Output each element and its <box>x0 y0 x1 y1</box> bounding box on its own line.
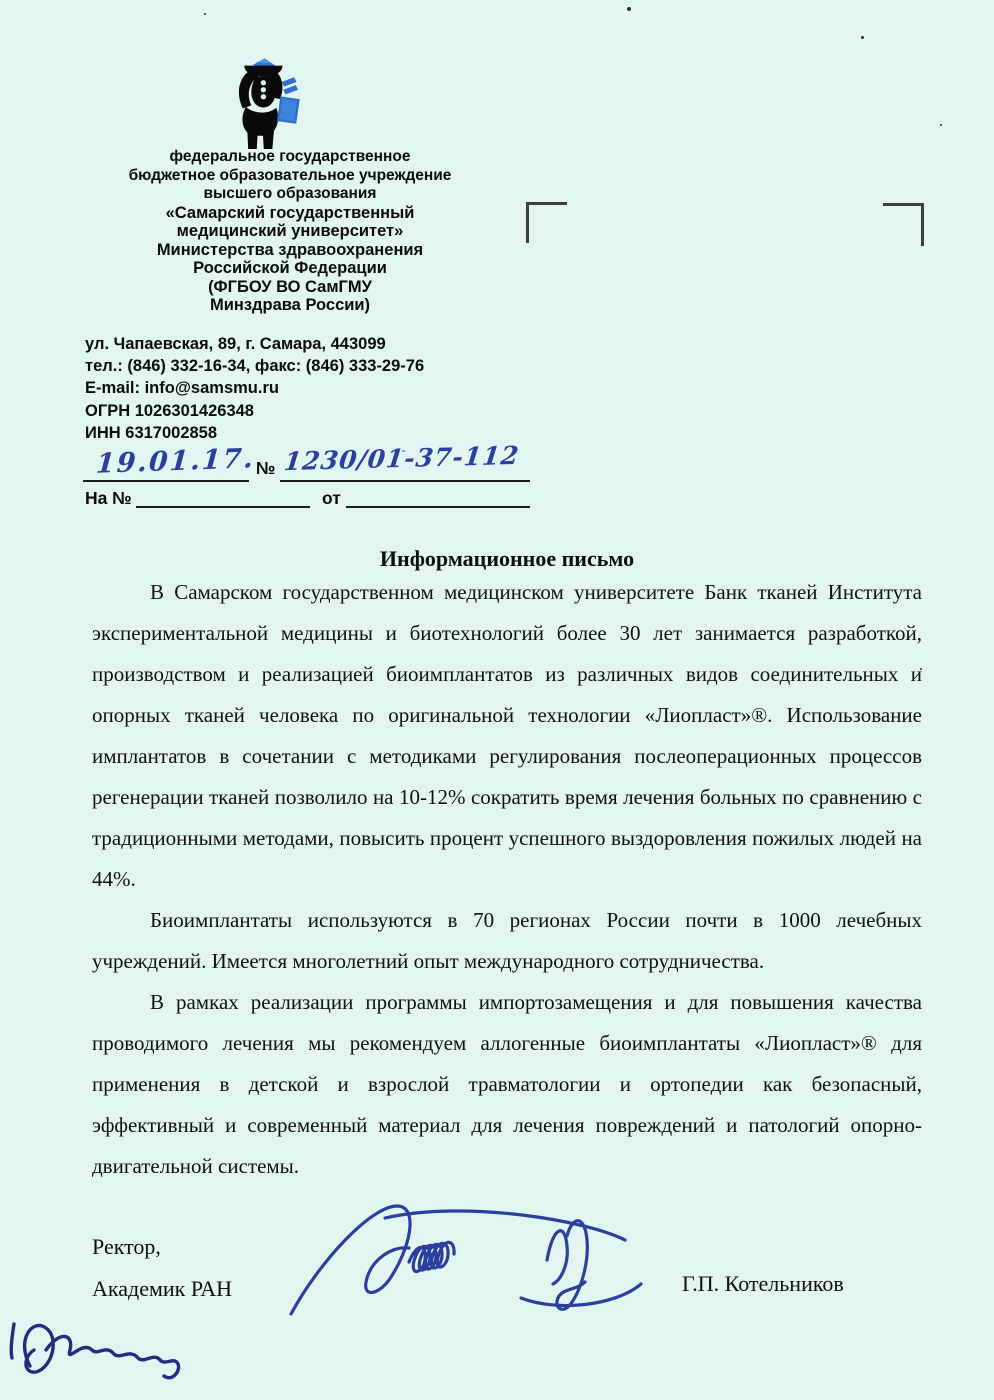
org-line: Минздрава России) <box>78 296 502 315</box>
signer-role-line1: Ректор, <box>92 1234 161 1260</box>
scanned-letter-page: федеральное государственное бюджетное об… <box>0 0 994 1400</box>
org-line: бюджетное образовательное учреждение <box>78 167 502 186</box>
org-line: «Самарский государственный <box>78 204 502 223</box>
email-line: E-mail: info@samsmu.ru <box>85 377 525 399</box>
handwritten-date: 19.01.17. <box>95 443 256 480</box>
scan-noise-speck <box>940 124 942 126</box>
scan-noise-speck <box>402 450 405 452</box>
addressee-corner-left <box>526 202 567 243</box>
scan-noise-speck <box>204 13 206 15</box>
org-line: федеральное государственное <box>78 148 502 167</box>
number-sign-label: № <box>256 458 276 479</box>
paragraph: Биоимплантаты используются в 70 регионах… <box>92 900 922 982</box>
reply-from-label: от <box>322 488 341 509</box>
inn-line: ИНН 6317002858 <box>85 422 525 444</box>
scan-noise-speck <box>627 7 631 11</box>
contact-details-block: ул. Чапаевская, 89, г. Самара, 443099 те… <box>85 333 525 444</box>
ogrn-line: ОГРН 1026301426348 <box>85 400 525 422</box>
scan-noise-speck <box>861 36 864 39</box>
university-logo <box>222 57 304 149</box>
letter-title: Информационное письмо <box>92 546 922 572</box>
samsmu-emblem-icon <box>222 57 304 149</box>
org-line: Российской Федерации <box>78 259 502 278</box>
org-line: Министерства здравоохранения <box>78 241 502 260</box>
paragraph: В рамках реализации программы импортозам… <box>92 982 922 1187</box>
handwritten-outgoing-number: 1230/01-37-112 <box>282 441 520 476</box>
org-line: медицинский университет» <box>78 222 502 241</box>
addressee-corner-right <box>883 203 924 246</box>
rector-signature-icon <box>285 1196 705 1326</box>
secondary-signature-icon <box>2 1306 234 1400</box>
signer-role-line2: Академик РАН <box>92 1276 232 1302</box>
letter-body: В Самарском государственном медицинском … <box>92 572 922 1187</box>
reply-to-label: На № <box>85 488 132 509</box>
reply-number-underline <box>136 506 310 508</box>
date-underline <box>83 480 249 482</box>
number-underline <box>280 480 530 482</box>
organization-name-block: федеральное государственное бюджетное об… <box>78 148 502 315</box>
org-line: высшего образования <box>78 185 502 204</box>
paragraph: В Самарском государственном медицинском … <box>92 572 922 900</box>
phone-fax-line: тел.: (846) 332-16-34, факс: (846) 333-2… <box>85 355 525 377</box>
address-line: ул. Чапаевская, 89, г. Самара, 443099 <box>85 333 525 355</box>
scan-noise-speck <box>920 668 922 670</box>
signer-name: Г.П. Котельников <box>682 1271 844 1297</box>
reply-date-underline <box>346 506 530 508</box>
org-line: (ФГБОУ ВО СамГМУ <box>78 278 502 297</box>
